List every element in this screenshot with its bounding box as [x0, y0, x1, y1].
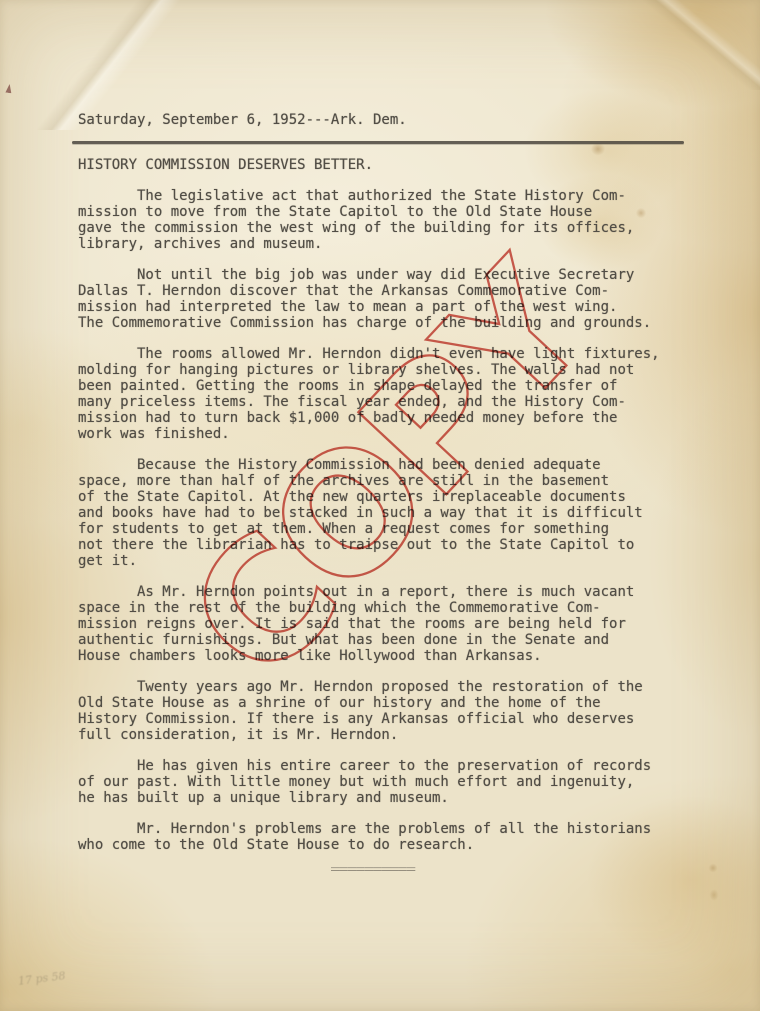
copy-stamp-text: COPY	[153, 227, 627, 716]
scanned-document: { "document": { "dateline": "Saturday, S…	[0, 0, 760, 1011]
copy-stamp: COPY	[0, 0, 760, 1011]
